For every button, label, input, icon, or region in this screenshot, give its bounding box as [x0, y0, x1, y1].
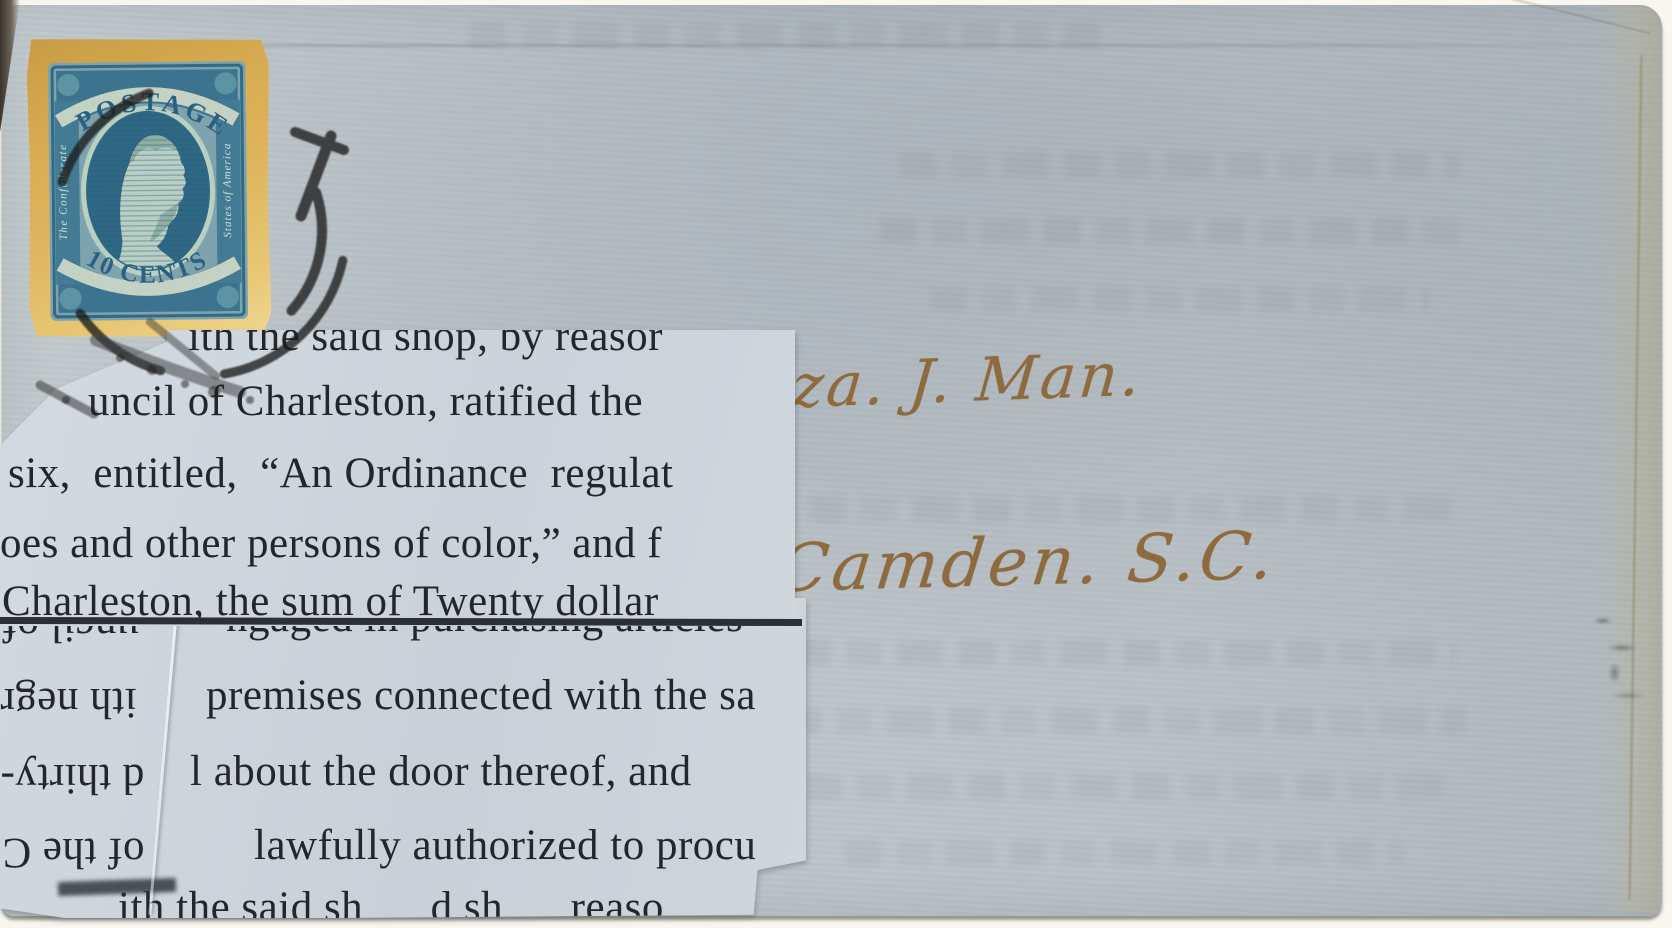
printed-fragment-upper-piece: ith the said shop, by reasor uncil of Ch… — [0, 330, 795, 626]
printed-line: premises connected with the sa — [206, 672, 756, 720]
ghost-showthrough-line — [470, 22, 1100, 48]
ghost-showthrough-line — [930, 286, 1430, 312]
pencil-smudge — [1576, 602, 1660, 706]
printed-line: six, entitled, “An Ordinance regulat — [8, 450, 674, 498]
inverted-printed-line: of the C — [2, 828, 198, 876]
printed-fragment-block: ngaged in purchasing articles premises c… — [0, 330, 812, 920]
stamp-artwork: POSTAGE 10 CENTS The Confederate States … — [48, 61, 249, 321]
inverted-printed-line: d thirty- — [0, 754, 192, 802]
ghost-showthrough-line — [900, 152, 1460, 178]
ghost-showthrough-line — [785, 708, 1465, 734]
printed-line: uncil of Charleston, ratified the — [88, 378, 643, 426]
scanned-postal-cover: POSTAGE 10 CENTS The Confederate States … — [0, 0, 1672, 928]
stamp-right-inscription: States of America — [221, 143, 234, 238]
address-name: za. J. Man. — [789, 340, 1146, 423]
stamp-left-inscription: The Confederate — [57, 143, 70, 240]
printed-line: oes and other persons of color,” and f — [0, 520, 662, 568]
stamp-backing-paper: POSTAGE 10 CENTS The Confederate States … — [26, 37, 271, 340]
printed-line: ith the said sh d sh reaso — [118, 884, 664, 918]
inverted-printed-line: ith negr — [0, 678, 170, 726]
confederate-10c-stamp: POSTAGE 10 CENTS The Confederate States … — [48, 61, 249, 321]
ghost-showthrough-line — [880, 218, 1470, 244]
ghost-showthrough-line — [845, 840, 1405, 866]
printed-line: l about the door thereof, and — [190, 748, 692, 796]
ghost-showthrough-line — [810, 496, 1450, 522]
ghost-showthrough-line — [805, 774, 1445, 800]
envelope-right-toned-edge — [1592, 6, 1660, 912]
ghost-showthrough-line — [795, 640, 1455, 666]
address-city: Camden. S.C. — [774, 517, 1282, 607]
printed-line: lawfully authorized to procu — [254, 822, 756, 870]
printed-line: ith the said shop, by reasor — [188, 330, 663, 361]
